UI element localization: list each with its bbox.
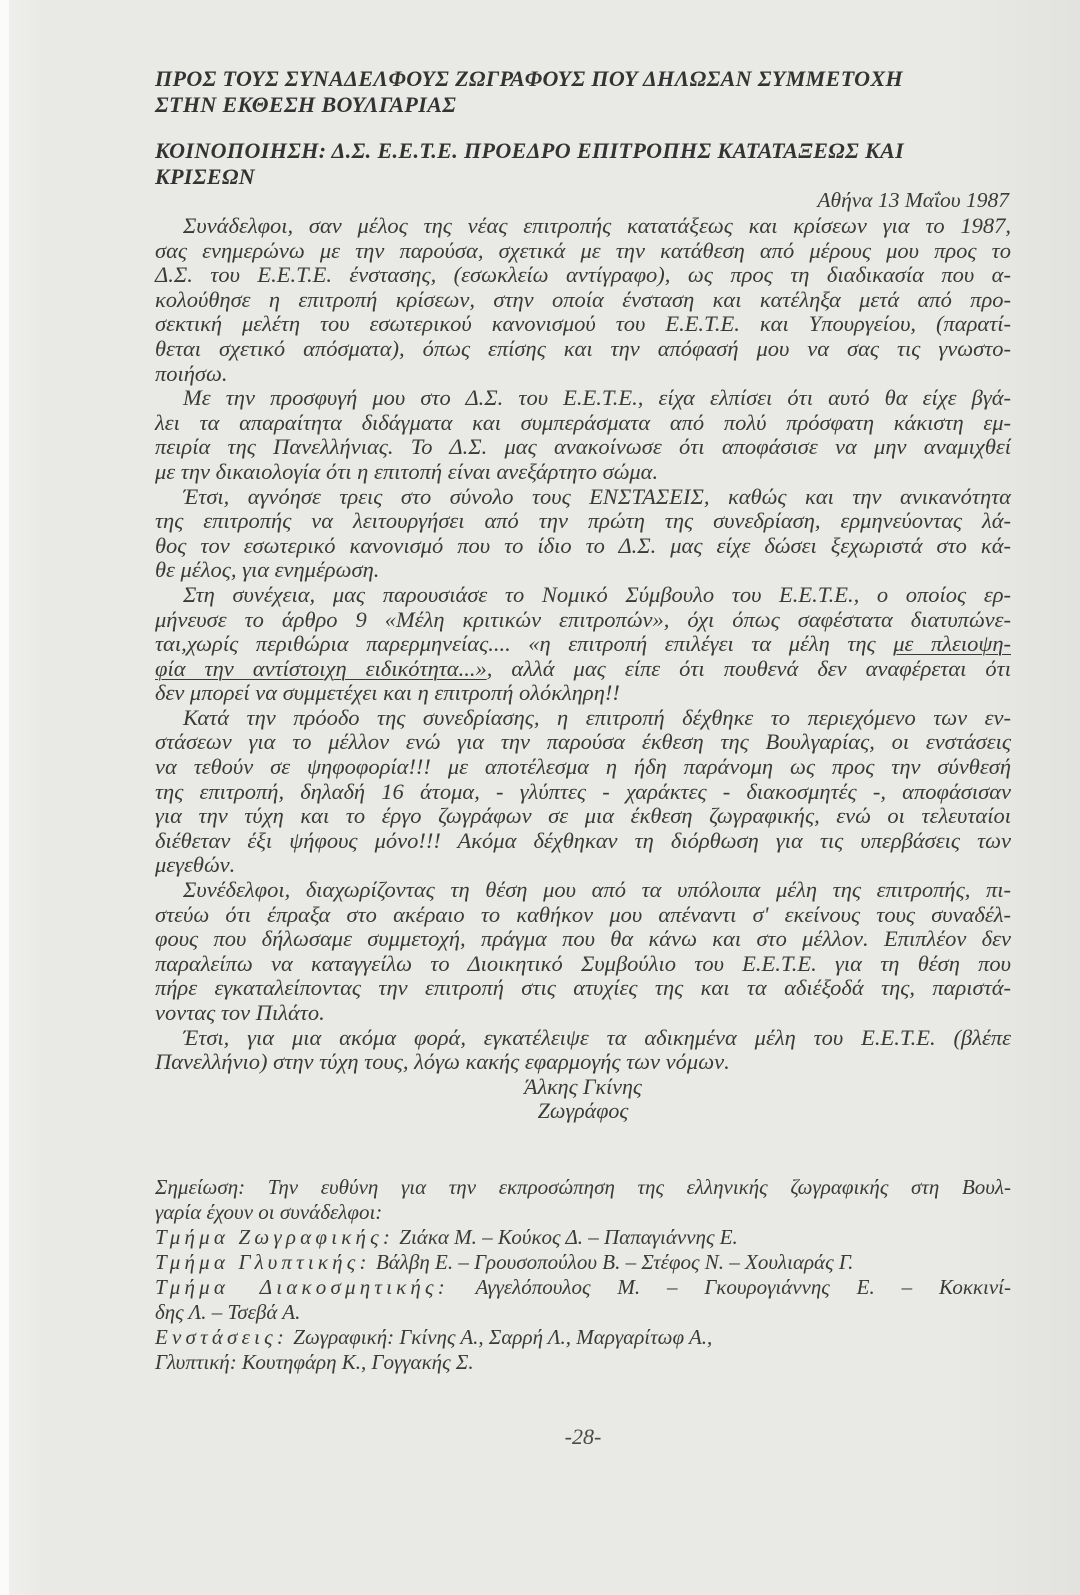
body-paragraph: Συνάδελφοι, σαν μέλος της νέας επιτροπής…: [155, 214, 1011, 386]
text-segment: Ζωγραφική: Γκίνης Α., Σαρρή Λ., Μαργαρίτ…: [288, 1325, 712, 1349]
text-segment: δης Λ. – Τσεβά Α.: [155, 1300, 300, 1324]
text-line: στάσεων για το μέλλον ενώ για την παρούσ…: [155, 730, 1011, 755]
text-line: θεται σχετικό απόσματα), όπως επίσης και…: [155, 337, 1011, 362]
note-paragraph: Ενστάσεις: Ζωγραφική: Γκίνης Α., Σαρρή Λ…: [155, 1325, 1011, 1375]
body-paragraph: Συνέδελφοι, διαχωρίζοντας τη θέση μου απ…: [155, 878, 1011, 1026]
text-line: σεκτική μελέτη του εσωτερικού κανονισμού…: [155, 312, 1011, 337]
spaced-label: Τμήμα Διακοσμητικής:: [155, 1275, 449, 1299]
text-line: Έτσι, αγνόησε τρεις στο σύνολο τους ΕΝΣΤ…: [155, 485, 1011, 510]
note-paragraph: Τμήμα Διακοσμητικής: Αγγελόπουλος Μ. – Γ…: [155, 1275, 1011, 1325]
text-line: Τμήμα Ζωγραφικής: Ζιάκα Μ. – Κούκος Δ. –…: [155, 1225, 1011, 1250]
text-segment: Στη συνέχεια, μας παρουσιάσε το Νομικό Σ…: [183, 582, 1011, 607]
signature-block: Άλκης Γκίνης Ζωγράφος: [155, 1075, 1011, 1123]
text-line: Πανελλήνιο) στην τύχη τους, λόγω κακής ε…: [155, 1050, 1011, 1075]
text-segment: με την δικαιολογία ότι η επιτοπή είναι α…: [155, 459, 658, 484]
page-left-edge: [0, 0, 9, 1595]
text-line: της επιτροπής να λειτουργήσει από την πρ…: [155, 509, 1011, 534]
note-paragraph: Τμήμα Γλυπτικής: Βάλβη Ε. – Γρουσοπούλου…: [155, 1250, 1011, 1275]
text-line: Συνέδελφοι, διαχωρίζοντας τη θέση μου απ…: [155, 878, 1011, 903]
text-segment: ται,χωρίς περιθώρια παρερμηνείας.... «η …: [155, 631, 893, 656]
text-segment: Έτσι, για μια ακόμα φορά, εγκατέλειψε τα…: [183, 1025, 1011, 1050]
spaced-label: Τμήμα Γλυπτικής:: [155, 1250, 371, 1274]
letter-body: Συνάδελφοι, σαν μέλος της νέας επιτροπής…: [155, 214, 1011, 1075]
text-line: Τμήμα Διακοσμητικής: Αγγελόπουλος Μ. – Γ…: [155, 1275, 1011, 1300]
text-line: Έτσι, για μια ακόμα φορά, εγκατέλειψε τα…: [155, 1026, 1011, 1051]
text-segment: να τεθούν σε ψηφοφορία!!! με αποτέλεσμα …: [155, 754, 1011, 779]
text-segment: πήρε εγκαταλείποντας την επιτροπή στις α…: [155, 975, 1011, 1000]
text-segment: Αγγελόπουλος Μ. – Γκουρογιάννης Ε. – Κοκ…: [449, 1275, 1011, 1299]
text-line: της επιτροπή, δηλαδή 16 άτομα, - γλύπτες…: [155, 780, 1011, 805]
text-segment: παραλείπω να καταγγείλω το Διοικητικό Συ…: [155, 951, 1011, 976]
text-line: Με την προσφυγή μου στο Δ.Σ. του Ε.Ε.Τ.Ε…: [155, 386, 1011, 411]
text-line: θε μέλος, για ενημέρωση.: [155, 558, 1011, 583]
text-line: Δ.Σ. του Ε.Ε.Τ.Ε. ένστασης, (εσωκλείω αν…: [155, 263, 1011, 288]
text-segment: για την τύχη και το έργο ζωγράφων σε μια…: [155, 803, 1011, 828]
text-line: με την δικαιολογία ότι η επιτοπή είναι α…: [155, 460, 1011, 485]
signature-role: Ζωγράφος: [155, 1099, 1011, 1123]
text-line: δης Λ. – Τσεβά Α.: [155, 1300, 1011, 1325]
text-line: δεν μπορεί να συμμετέχει και η επιτροπή …: [155, 681, 1011, 706]
letter-title: ΠΡΟΣ ΤΟΥΣ ΣΥΝΑΔΕΛΦΟΥΣ ΖΩΓΡΑΦΟΥΣ ΠΟΥ ΔΗΛΩ…: [155, 66, 1011, 118]
text-segment: σεκτική μελέτη του εσωτερικού κανονισμού…: [155, 311, 1011, 336]
text-line: λει τα απαραίτητα διδάγματα και συμπεράσ…: [155, 411, 1011, 436]
text-line: Ενστάσεις: Ζωγραφική: Γκίνης Α., Σαρρή Λ…: [155, 1325, 1011, 1350]
text-line: φους που δήλωσαμε συμμετοχή, πράγμα που …: [155, 927, 1011, 952]
spaced-label: Τμήμα Ζωγραφικής:: [155, 1225, 394, 1249]
text-segment: σας ενημερώνω με την παρούσα, σχετικά με…: [155, 238, 1011, 263]
text-segment: μεγεθών.: [155, 852, 235, 877]
text-segment: νοντας τον Πιλάτο.: [155, 1000, 325, 1025]
text-line: Κατά την πρόοδο της συνεδρίασης, η επιτρ…: [155, 706, 1011, 731]
dateline: Αθήνα 13 Μαΐου 1987: [155, 190, 1011, 210]
letter-title-line-2: ΣΤΗΝ ΕΚΘΕΣΗ ΒΟΥΛΓΑΡΙΑΣ: [155, 92, 1011, 118]
text-segment: θεται σχετικό απόσματα), όπως επίσης και…: [155, 336, 1011, 361]
text-line: μεγεθών.: [155, 853, 1011, 878]
text-line: παραλείπω να καταγγείλω το Διοικητικό Συ…: [155, 952, 1011, 977]
text-segment: δεν μπορεί να συμμετέχει και η επιτροπή …: [155, 680, 620, 705]
text-segment: Συνέδελφοι, διαχωρίζοντας τη θέση μου απ…: [183, 877, 1011, 902]
text-segment: της επιτροπής να λειτουργήσει από την πρ…: [155, 508, 1011, 533]
text-segment: Με την προσφυγή μου στο Δ.Σ. του Ε.Ε.Τ.Ε…: [183, 385, 1011, 410]
text-segment: θος τον εσωτερικό κανονισμό που το ίδιο …: [155, 533, 1011, 558]
text-segment: Έτσι, αγνόησε τρεις στο σύνολο τους ΕΝΣΤ…: [183, 484, 1011, 509]
letter-title-line-1: ΠΡΟΣ ΤΟΥΣ ΣΥΝΑΔΕΛΦΟΥΣ ΖΩΓΡΑΦΟΥΣ ΠΟΥ ΔΗΛΩ…: [155, 66, 1011, 92]
text-line: γαρία έχουν οι συνάδελφοι:: [155, 1200, 1011, 1225]
text-segment: Κατά την πρόοδο της συνεδρίασης, η επιτρ…: [183, 705, 1011, 730]
note-block: Σημείωση: Την ευθύνη για την εκπροσώπηση…: [155, 1175, 1011, 1375]
body-paragraph: Κατά την πρόοδο της συνεδρίασης, η επιτρ…: [155, 706, 1011, 878]
letter-cc-line-2: ΚΡΙΣΕΩΝ: [155, 164, 1011, 190]
text-line: θος τον εσωτερικό κανονισμό που το ίδιο …: [155, 534, 1011, 559]
text-line: Τμήμα Γλυπτικής: Βάλβη Ε. – Γρουσοπούλου…: [155, 1250, 1011, 1275]
letter-cc-line-1: ΚΟΙΝΟΠΟΙΗΣΗ: Δ.Σ. Ε.Ε.Τ.Ε. ΠΡΟΕΔΡΟ ΕΠΙΤΡ…: [155, 138, 1011, 164]
text-segment: φους που δήλωσαμε συμμετοχή, πράγμα που …: [155, 926, 1011, 951]
text-segment: στάσεων για το μέλλον ενώ για την παρούσ…: [155, 729, 1011, 754]
text-segment: Σημείωση: Την ευθύνη για την εκπροσώπηση…: [155, 1175, 1011, 1199]
text-line: για την τύχη και το έργο ζωγράφων σε μια…: [155, 804, 1011, 829]
text-line: μήνευσε το άρθρο 9 «Μέλη κριτικών επιτρο…: [155, 608, 1011, 633]
text-segment: γαρία έχουν οι συνάδελφοι:: [155, 1200, 382, 1224]
text-segment: πειρία της Πανελλήνιας. Το Δ.Σ. μας ανακ…: [155, 434, 1011, 459]
note-paragraph: Τμήμα Ζωγραφικής: Ζιάκα Μ. – Κούκος Δ. –…: [155, 1225, 1011, 1250]
text-line: να τεθούν σε ψηφοφορία!!! με αποτέλεσμα …: [155, 755, 1011, 780]
spaced-label: Ενστάσεις:: [155, 1325, 288, 1349]
text-segment: Δ.Σ. του Ε.Ε.Τ.Ε. ένστασης, (εσωκλείω αν…: [155, 262, 1011, 287]
text-line: στεύω ότι έπραξα στο ακέραιο το καθήκον …: [155, 903, 1011, 928]
text-segment: λει τα απαραίτητα διδάγματα και συμπεράσ…: [155, 410, 1011, 435]
text-line: νοντας τον Πιλάτο.: [155, 1001, 1011, 1026]
underlined-text: με πλειοψη-: [893, 631, 1011, 656]
text-line: ται,χωρίς περιθώρια παρερμηνείας.... «η …: [155, 632, 1011, 657]
body-paragraph: Έτσι, για μια ακόμα φορά, εγκατέλειψε τα…: [155, 1026, 1011, 1075]
page-number: -28-: [155, 1425, 1011, 1449]
text-segment: Πανελλήνιο) στην τύχη τους, λόγω κακής ε…: [155, 1049, 730, 1074]
text-segment: διέθεταν έξι ψήφους μόνο!!! Ακόμα δέχθηκ…: [155, 828, 1011, 853]
text-segment: Συνάδελφοι, σαν μέλος της νέας επιτροπής…: [183, 213, 1011, 238]
text-segment: Γλυπτική: Κουτηφάρη Κ., Γογγακής Σ.: [155, 1350, 474, 1374]
text-line: σας ενημερώνω με την παρούσα, σχετικά με…: [155, 239, 1011, 264]
letter-content: ΠΡΟΣ ΤΟΥΣ ΣΥΝΑΔΕΛΦΟΥΣ ΖΩΓΡΑΦΟΥΣ ΠΟΥ ΔΗΛΩ…: [155, 66, 1011, 1449]
text-segment: κολούθησε η επιτροπή κρίσεων, στην οποία…: [155, 287, 1011, 312]
text-line: Συνάδελφοι, σαν μέλος της νέας επιτροπής…: [155, 214, 1011, 239]
underlined-text: φία την αντίστοιχη ειδικότητα...»: [155, 656, 487, 681]
text-segment: ποιήσω.: [155, 361, 228, 386]
letter-cc: ΚΟΙΝΟΠΟΙΗΣΗ: Δ.Σ. Ε.Ε.Τ.Ε. ΠΡΟΕΔΡΟ ΕΠΙΤΡ…: [155, 138, 1011, 190]
text-segment: της επιτροπή, δηλαδή 16 άτομα, - γλύπτες…: [155, 779, 1011, 804]
text-segment: Βάλβη Ε. – Γρουσοπούλου Β. – Στέφος Ν. –…: [371, 1250, 854, 1274]
text-segment: μήνευσε το άρθρο 9 «Μέλη κριτικών επιτρο…: [155, 607, 1011, 632]
body-paragraph: Στη συνέχεια, μας παρουσιάσε το Νομικό Σ…: [155, 583, 1011, 706]
text-segment: στεύω ότι έπραξα στο ακέραιο το καθήκον …: [155, 902, 1011, 927]
signature-name: Άλκης Γκίνης: [155, 1075, 1011, 1099]
text-segment: θε μέλος, για ενημέρωση.: [155, 557, 379, 582]
text-line: πειρία της Πανελλήνιας. Το Δ.Σ. μας ανακ…: [155, 435, 1011, 460]
scanned-letter-page: ΠΡΟΣ ΤΟΥΣ ΣΥΝΑΔΕΛΦΟΥΣ ΖΩΓΡΑΦΟΥΣ ΠΟΥ ΔΗΛΩ…: [0, 0, 1080, 1595]
text-segment: Ζιάκα Μ. – Κούκος Δ. – Παπαγιάννης Ε.: [394, 1225, 738, 1249]
text-segment: , αλλά μας είπε ότι πουθενά δεν αναφέρετ…: [487, 656, 1011, 681]
text-line: Σημείωση: Την ευθύνη για την εκπροσώπηση…: [155, 1175, 1011, 1200]
text-line: κολούθησε η επιτροπή κρίσεων, στην οποία…: [155, 288, 1011, 313]
body-paragraph: Με την προσφυγή μου στο Δ.Σ. του Ε.Ε.Τ.Ε…: [155, 386, 1011, 484]
text-line: πήρε εγκαταλείποντας την επιτροπή στις α…: [155, 976, 1011, 1001]
text-line: ποιήσω.: [155, 362, 1011, 387]
text-line: Γλυπτική: Κουτηφάρη Κ., Γογγακής Σ.: [155, 1350, 1011, 1375]
text-line: Στη συνέχεια, μας παρουσιάσε το Νομικό Σ…: [155, 583, 1011, 608]
text-line: διέθεταν έξι ψήφους μόνο!!! Ακόμα δέχθηκ…: [155, 829, 1011, 854]
body-paragraph: Έτσι, αγνόησε τρεις στο σύνολο τους ΕΝΣΤ…: [155, 485, 1011, 583]
text-line: φία την αντίστοιχη ειδικότητα...», αλλά …: [155, 657, 1011, 682]
note-paragraph: Σημείωση: Την ευθύνη για την εκπροσώπηση…: [155, 1175, 1011, 1225]
